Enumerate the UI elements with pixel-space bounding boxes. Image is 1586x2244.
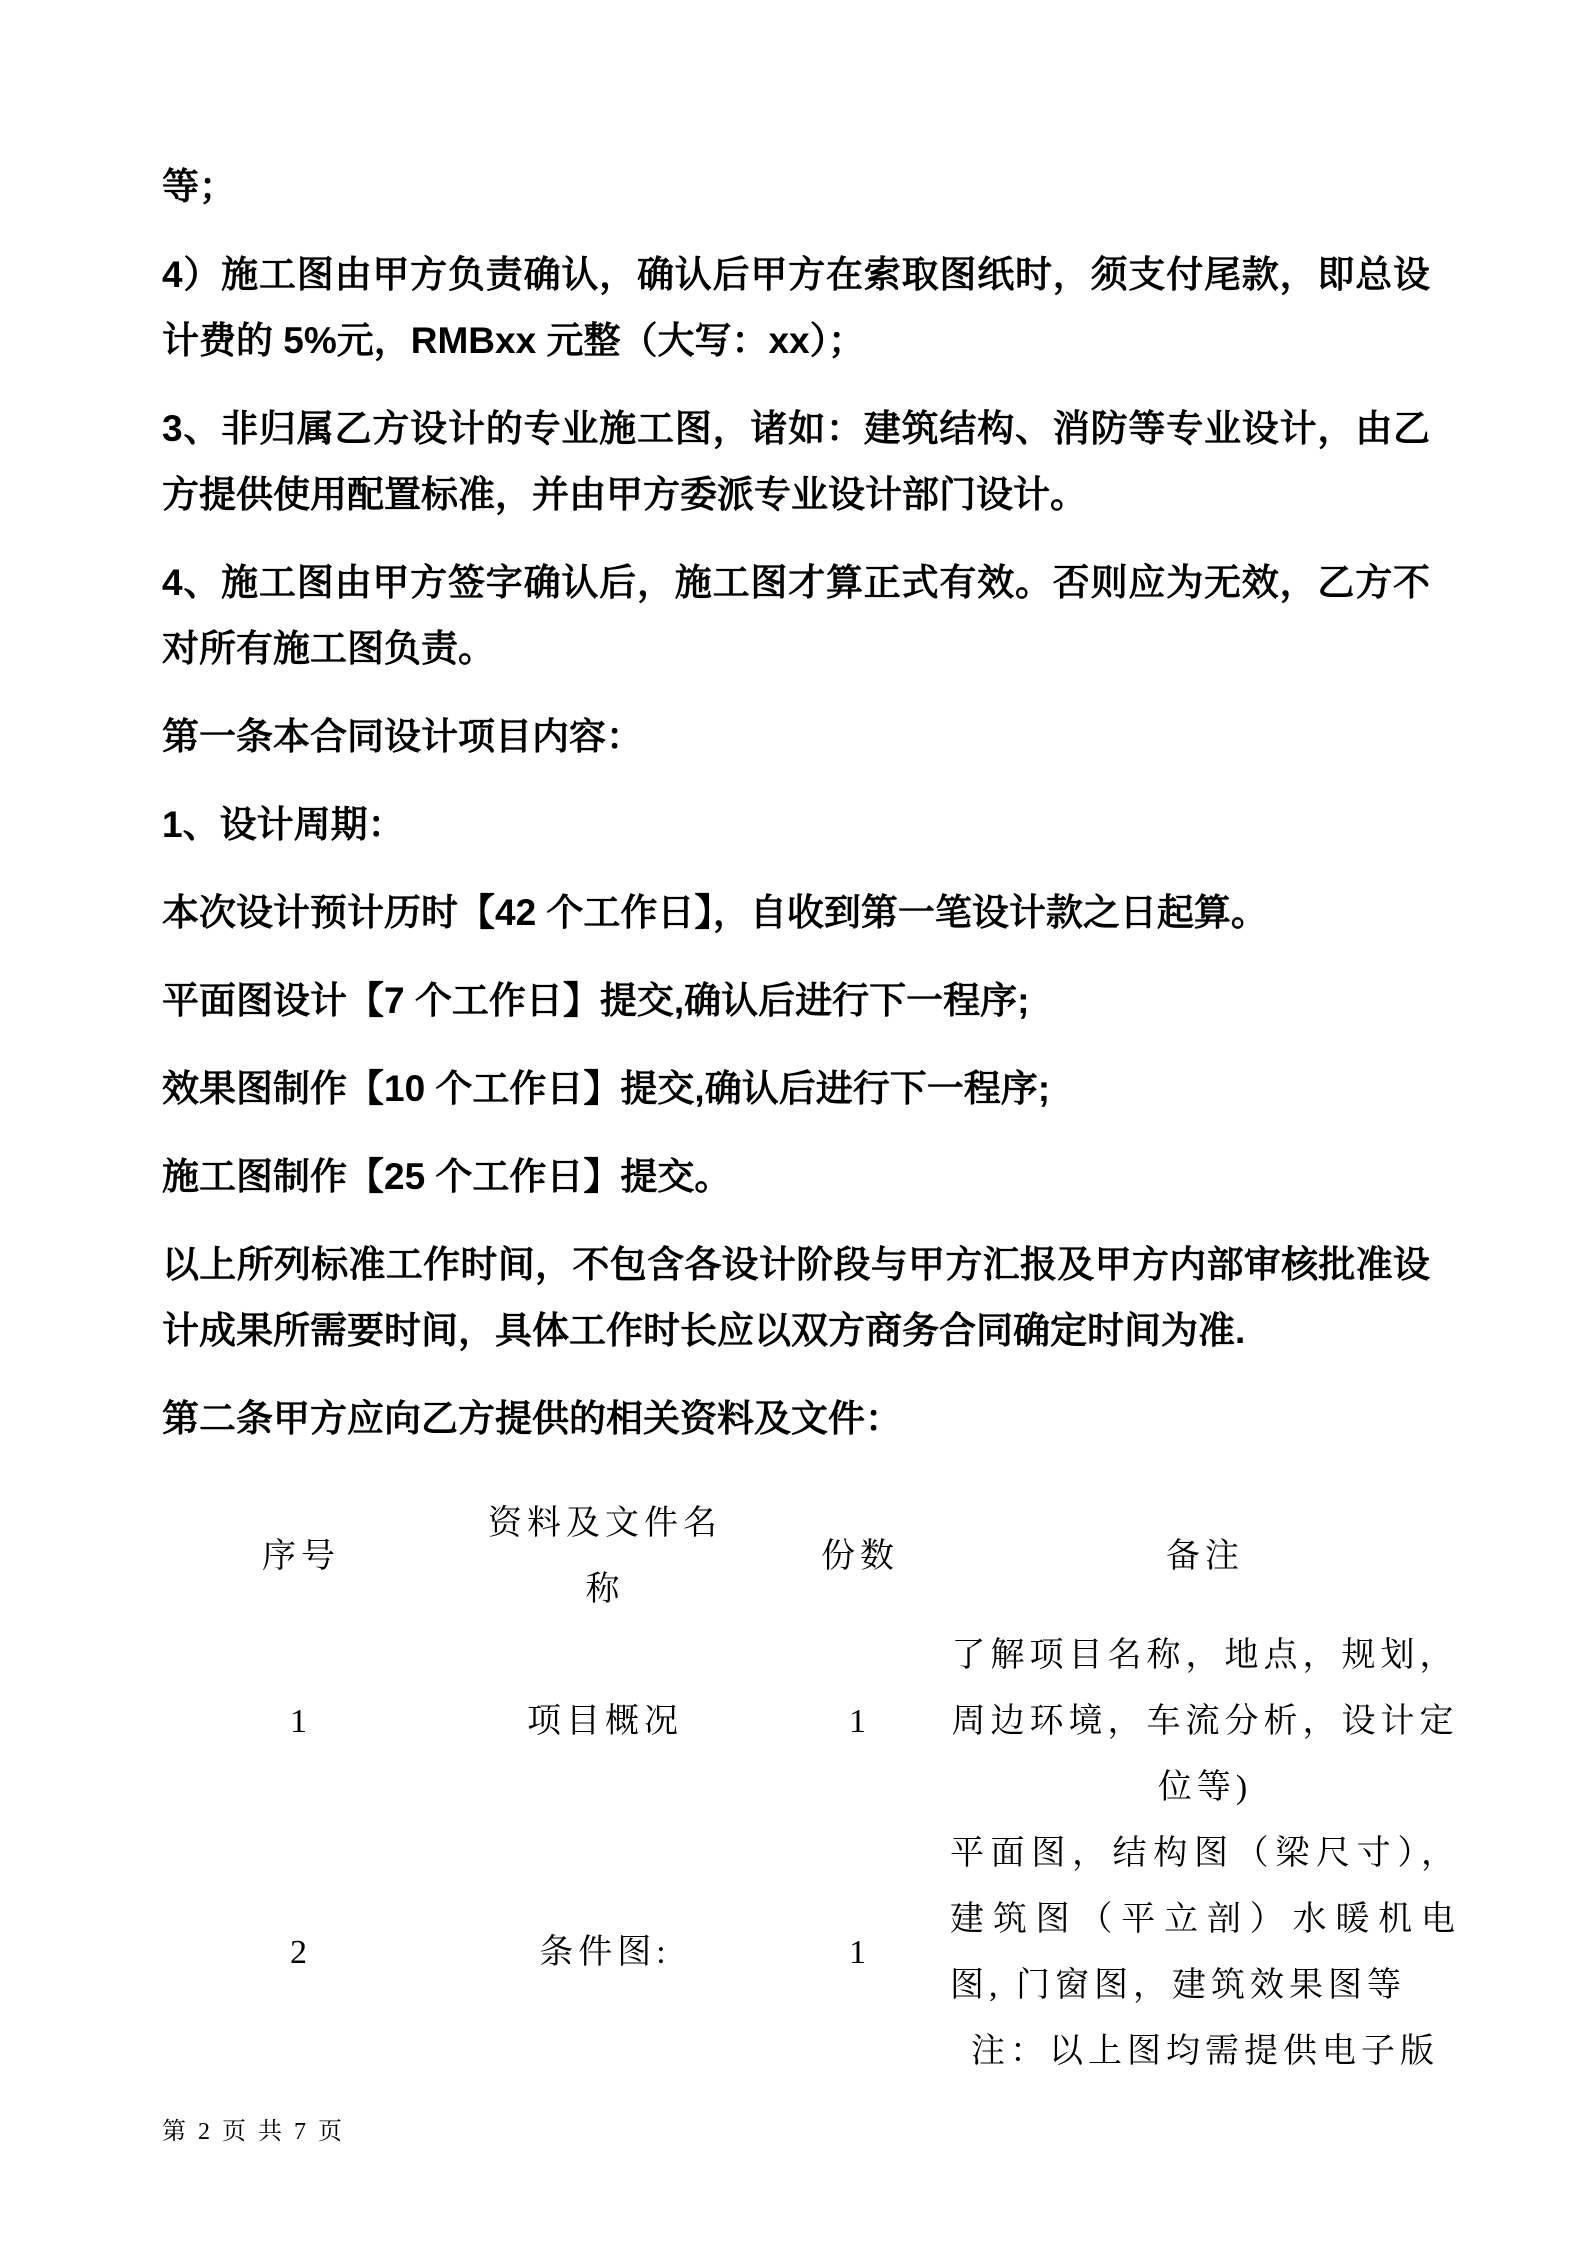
table-cell-no: 1	[162, 1623, 440, 1821]
table-header-name-label: 资料及文件名称	[480, 1491, 730, 1623]
document-page: 等； 4）施工图由甲方负责确认，确认后甲方在索取图纸时，须支付尾款，即总设计费的…	[0, 0, 1586, 2244]
contract-paragraph: 本次设计预计历时【42 个工作日】，自收到第一笔设计款之日起算。	[162, 880, 1430, 946]
contract-paragraph: 效果图制作【10 个工作日】提交,确认后进行下一程序;	[162, 1056, 1430, 1122]
contract-paragraph: 等；	[162, 154, 1430, 220]
document-content: 等； 4）施工图由甲方负责确认，确认后甲方在索取图纸时，须支付尾款，即总设计费的…	[0, 0, 1586, 2147]
contract-paragraph: 平面图设计【7 个工作日】提交,确认后进行下一程序;	[162, 968, 1430, 1034]
table-cell-remark-text: 平面图，结构图（梁尺寸），建筑图（平立剖）水暖机电图, 门窗图，建筑效果图等	[950, 1821, 1460, 2019]
table-header-copies: 份数	[770, 1491, 950, 1623]
documents-table: 序号 资料及文件名称 份数 备注 1 项目概况 1 了解项目名称，地点，规划，周…	[162, 1491, 1460, 2085]
contract-paragraph: 以上所列标准工作时间，不包含各设计阶段与甲方汇报及甲方内部审核批准设计成果所需要…	[162, 1232, 1430, 1364]
table-cell-remark: 了解项目名称，地点，规划，周边环境，车流分析，设计定位等)	[950, 1623, 1460, 1821]
table-cell-name: 项目概况	[440, 1623, 770, 1821]
contract-paragraph: 4、施工图由甲方签字确认后，施工图才算正式有效。否则应为无效，乙方不对所有施工图…	[162, 550, 1430, 682]
contract-paragraph: 4）施工图由甲方负责确认，确认后甲方在索取图纸时，须支付尾款，即总设计费的 5%…	[162, 242, 1430, 374]
contract-clause-heading: 第二条甲方应向乙方提供的相关资料及文件：	[162, 1386, 1430, 1452]
contract-clause-heading: 第一条本合同设计项目内容：	[162, 704, 1430, 770]
page-footer: 第 2 页 共 7 页	[162, 2117, 1430, 2147]
contract-paragraph: 施工图制作【25 个工作日】提交。	[162, 1144, 1430, 1210]
contract-paragraph: 1、设计周期：	[162, 792, 1430, 858]
table-cell-remark: 平面图，结构图（梁尺寸），建筑图（平立剖）水暖机电图, 门窗图，建筑效果图等 注…	[950, 1821, 1460, 2085]
table-cell-copies: 1	[770, 1623, 950, 1821]
contract-paragraph: 3、非归属乙方设计的专业施工图，诸如：建筑结构、消防等专业设计，由乙方提供使用配…	[162, 396, 1430, 528]
table-cell-remark-note: 注：以上图均需提供电子版	[950, 2019, 1460, 2085]
table-cell-copies: 1	[770, 1821, 950, 2085]
table-cell-no: 2	[162, 1821, 440, 2085]
table-cell-name: 条件图:	[440, 1821, 770, 2085]
table-header-no: 序号	[162, 1491, 440, 1623]
table-cell-remark-content: 平面图，结构图（梁尺寸），建筑图（平立剖）水暖机电图, 门窗图，建筑效果图等 注…	[950, 1821, 1460, 2085]
table-header-remark: 备注	[950, 1491, 1460, 1623]
table-header-name: 资料及文件名称	[440, 1491, 770, 1623]
